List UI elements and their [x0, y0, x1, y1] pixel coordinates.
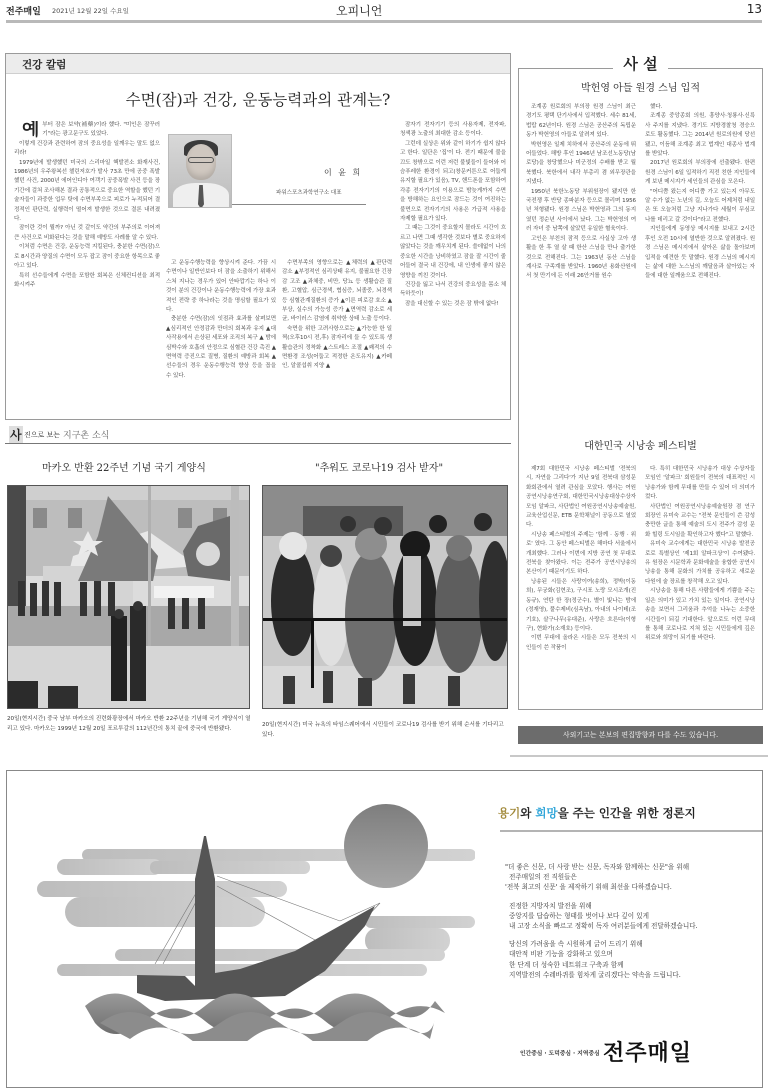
photo-section-header: 사 진으로 보는 지구촌 소식: [5, 425, 511, 444]
ad-pledge-paragraph-1: "더 좋은 신문, 더 사랑 받는 신문, 독자와 함께하는 신문"을 위해 전…: [505, 862, 763, 893]
editorial2-title: 대한민국 시낭송 페스티벌: [519, 437, 762, 452]
photo-nyc-covid-test-line: [262, 485, 508, 709]
covid-test-line-image: [263, 486, 508, 709]
ad-slogan: 용기와 희망을 주는 인간을 위한 정론지: [498, 805, 696, 821]
health-column-header: 건강 칼럼: [6, 54, 510, 74]
ad-slogan-rule: [500, 830, 762, 832]
health-column-text-1: 예부터 잠은 보약(補藥)이라 했다. "미인은 잠꾸러기"라는 광고문구도 있…: [14, 121, 160, 416]
editorial-text-2: 했다. 조계종 중앙종회 의원, 흥양사·청룡사·신륵사 주지를 지냈다. 경기…: [645, 103, 755, 413]
editorial-text-1: 조계종 원로회의 부의장 원경 스님이 최근 경기도 평택 단기사에서 입적했다…: [526, 103, 636, 413]
section-title: 오피니언: [336, 2, 382, 19]
ad-pledge-paragraph-3: 당신의 가려움을 속 시원하게 긁어 드리기 위해 대안적 비판 기능을 강화하…: [505, 939, 763, 980]
photo-header-sub: 지구촌 소식: [63, 428, 109, 441]
dropcap: 예: [22, 121, 39, 139]
health-column-title: 수면(잠)과 건강, 운동능력과의 관계는?: [6, 88, 510, 110]
masthead: 전주매일 2021년 12월 22일 수요일 오피니언 13: [6, 2, 762, 22]
photo-macau-flag-ceremony: [7, 485, 250, 709]
paper-name: 전주매일: [6, 4, 41, 17]
ad-footer-tagline: 인간중심 · 도덕중심 · 지역중심: [520, 1048, 600, 1057]
masthead-rule: [6, 20, 762, 23]
author-org: 파워스포츠과학연구소 대표: [276, 188, 342, 196]
health-column: 건강 칼럼 수면(잠)과 건강, 운동능력과의 관계는? 예부터 잠은 보약(補…: [5, 53, 511, 420]
slogan-courage: 용기: [498, 806, 520, 820]
author-name: 이 윤 희: [324, 167, 362, 178]
photo-2-title: "추워도 코로나19 검사 받자": [315, 459, 443, 474]
flag-ceremony-image: [8, 486, 250, 709]
editorial2-text-1: 제7회 대한민국 시낭송 페스티벌 '전북의 시, 자연을 그리다'가 지난 9…: [526, 465, 636, 705]
editorial-title: 박헌영 아들 원경 스님 입적: [519, 79, 762, 94]
health-column-text-4: 잠자기 전자기기 등의 사용자제, 전자파, 청색광 노출의 최대한 감소 등이…: [400, 121, 506, 416]
page-number: 13: [747, 2, 762, 16]
contributor-notice: 사외기고는 본보의 편집방향과 다를 수도 있습니다.: [518, 726, 763, 744]
editorial-box: 사 설 박헌영 아들 원경 스님 입적 조계종 원로회의 부의장 원경 스님이 …: [518, 68, 763, 710]
photo-header-initial: 사: [9, 426, 23, 443]
editorial2-text-2: 다. 특히 대한민국 시낭송가 대상 수상자들 모임인 '알파크' 회원들이 전…: [645, 465, 755, 705]
slogan-hope: 희망: [535, 806, 557, 820]
author-portrait: [168, 134, 232, 208]
photo-2-caption: 20일(현지시간) 미국 뉴욕의 타임스퀘어에서 시민들이 코로나19 검사를 …: [262, 721, 508, 740]
ad-footer-brand-logo: 전주매일: [603, 1036, 692, 1067]
health-column-label: 건강 칼럼: [22, 57, 66, 72]
editorial-label: 사 설: [519, 53, 762, 74]
health-column-text-2: 고 운동수행능력을 향상시켜 준다. 가끔 시수면이나 일반인보다 더 잠을 소…: [166, 259, 276, 416]
health-column-text-3: 수면부족의 영향으로는 ▲체력의 ▲판단력 감소 ▲부정적인 심리상태 유지, …: [282, 259, 392, 416]
notice-rule: [510, 755, 768, 757]
author-rule: [232, 204, 366, 205]
issue-date: 2021년 12월 22일 수요일: [52, 6, 129, 15]
ship-illustration: [35, 801, 475, 1041]
photo-header-small: 진으로 보는: [24, 430, 60, 440]
photo-1-caption: 20일(현지시간) 중국 남부 마카오의 진련화광장에서 마카오 반환 22주년…: [7, 715, 253, 734]
ad-pledge-text: "더 좋은 신문, 더 사랑 받는 신문, 독자와 함께하는 신문"을 위해 전…: [505, 862, 763, 988]
ad-pledge-paragraph-2: 진정한 지방자치 발전을 위해 중앙지를 답습하는 형태를 벗어나 보다 깊이 …: [505, 901, 763, 932]
photo-1-title: 마카오 반환 22주년 기념 국기 게양식: [42, 459, 206, 474]
